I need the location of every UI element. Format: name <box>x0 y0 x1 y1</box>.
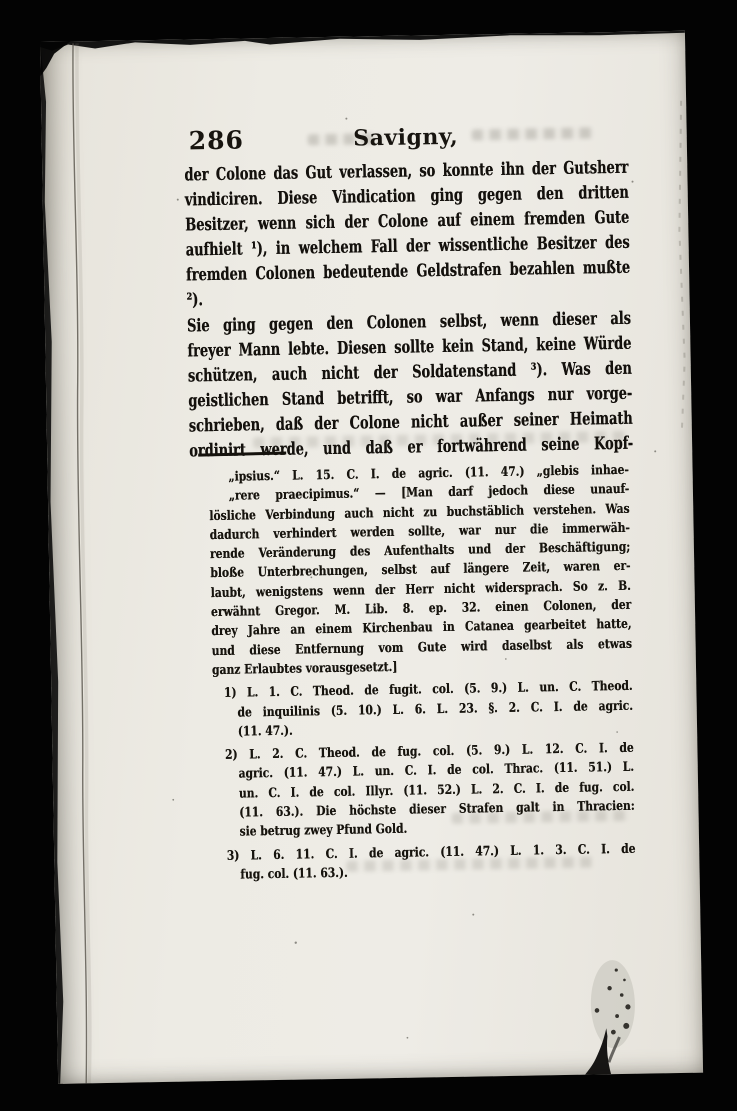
right-edge-marks <box>676 101 687 431</box>
binding-crease-shadow <box>71 43 95 1083</box>
book-page: 286 Savigny, der Colone das Gut verlasse… <box>40 31 703 1084</box>
ink-smudge <box>583 960 636 1075</box>
torn-top-left-corner <box>40 41 71 76</box>
footnote-1: 1) L. 1. C. Theod. de fugit. col. (5. 9.… <box>212 677 633 742</box>
footnote-3: 3) L. 6. 11. C. I. de agric. (11. 47.) L… <box>215 839 636 885</box>
footnote-2: 2) L. 2. C. Theod. de fug. col. (5. 9.) … <box>213 739 635 843</box>
footnotes-block: „ipsius.“ L. 15. C. I. de agric. (11. 47… <box>208 461 635 886</box>
text-line: fremden Colonen bedeutende Geldstrafen b… <box>186 256 631 314</box>
scanner-background: 286 Savigny, der Colone das Gut verlasse… <box>0 0 737 1111</box>
main-text: der Colone das Gut verlassen, so konnte … <box>184 156 633 465</box>
torn-left-edge <box>40 42 65 1084</box>
running-header: Savigny, <box>184 121 628 155</box>
footnote-continuation: „ipsius.“ L. 15. C. I. de agric. (11. 47… <box>208 461 632 681</box>
torn-top-edge <box>40 31 685 51</box>
binding-crease <box>68 43 91 1083</box>
